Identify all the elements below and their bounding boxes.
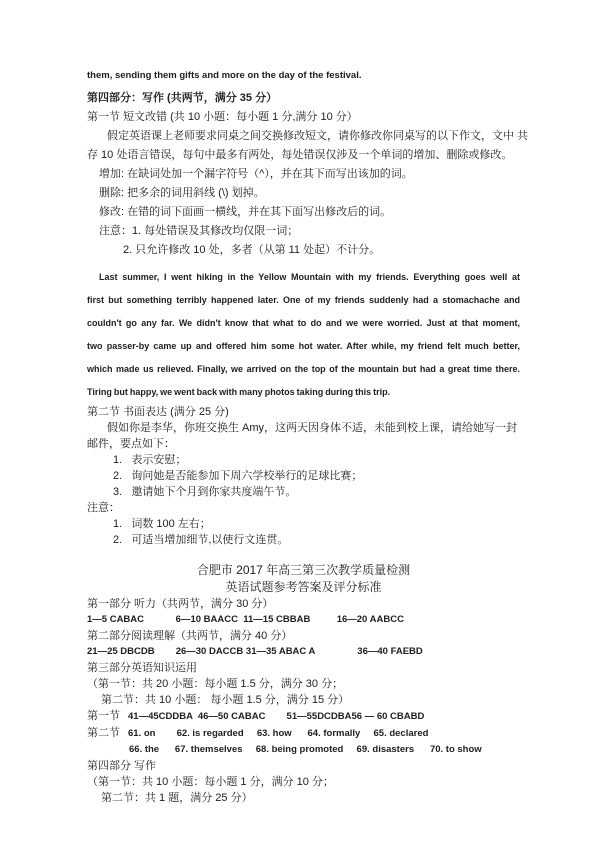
composition-intro-line1: 假如你是李华，你班交换生 Amy，这两天因身体不适，未能到校上课，请给她写一封	[87, 420, 520, 436]
passage-line: Last summer, I went hiking in the Yellow…	[87, 266, 520, 289]
key-part3-section2-answers-line2: 66. the 67. themselves 68. being promote…	[87, 742, 520, 758]
key-part2-heading: 第二部分阅读理解（共两节，满分 40 分）	[87, 628, 520, 644]
composition-notice-label: 注意：	[87, 500, 520, 516]
passage-line: two passer-by came up and offered him so…	[87, 335, 520, 358]
correction-notice-line1: 注意：1. 每处错误及其修改均仅限一词；	[87, 222, 520, 241]
key-part3-section1-answers: 41—45CDDBA 46—50 CABAC 51—55DCDBA56 — 60…	[128, 709, 424, 725]
answer-key-title: 合肥市 2017 年高三第三次教学质量检测	[87, 562, 520, 579]
composition-note-1: 1. 词数 100 左右；	[87, 516, 520, 532]
composition-note-2: 2. 可适当增加细节,以使行文连贯。	[87, 532, 520, 548]
correction-notice-line2: 2. 只允许修改 10 处，多者（从第 11 处起）不计分。	[87, 241, 520, 260]
key-part3-note1: （第一节：共 20 小题：每小题 1.5 分，满分 30 分；	[87, 676, 520, 692]
key-part4-note2: 第二节：共 1 题，满分 25 分）	[87, 790, 520, 806]
exam-document-page: them, sending them gifts and more on the…	[0, 0, 600, 806]
key-part3-section2-label: 第二节	[87, 725, 120, 741]
passage-line: first but something terribly happened la…	[87, 289, 520, 312]
composition-section-title: 第二节 书面表达 (满分 25 分)	[87, 404, 520, 420]
key-part3-section1-label: 第一节	[87, 708, 120, 724]
rule-modify-line: 修改: 在错的词下面画一横线，并在其下面写出修改后的词。	[87, 203, 520, 222]
key-part3-section1-row: 第一节 41—45CDDBA 46—50 CABAC 51—55DCDBA56 …	[87, 708, 520, 725]
key-part1-answers: 1—5 CABAC 6—10 BAACC 11—15 CBBAB 16—20 A…	[87, 612, 520, 628]
correction-section-title: 第一节 短文改错 (共 10 小题：每小题 1 分,满分 10 分）	[87, 108, 520, 127]
part4-writing-heading: 第四部分：写作 (共两节，满分 35 分）	[87, 89, 520, 108]
composition-point-1: 1. 表示安慰；	[87, 452, 520, 468]
composition-point-2: 2. 询问她是否能参加下周六学校举行的足球比赛；	[87, 468, 520, 484]
passage-line: Tiring but happy, we went back with many…	[87, 381, 520, 404]
key-part3-note2: 第二节：共 10 小题： 每小题 1.5 分，满分 15 分）	[87, 692, 520, 708]
key-part4-note1: （第一节：共 10 小题：每小题 1 分，满分 10 分；	[87, 774, 520, 790]
key-part1-heading: 第一部分 听力（共两节，满分 30 分）	[87, 596, 520, 612]
festival-sentence: them, sending them gifts and more on the…	[87, 66, 520, 85]
key-part4-heading: 第四部分 写作	[87, 758, 520, 774]
correction-intro-line2: 存 10 处语言错误，每句中最多有两处，每处错误仅涉及一个单词的增加、删除或修改…	[87, 146, 520, 165]
correction-intro-line1: 假定英语课上老师要求同桌之间交换修改短文，请你修改你同桌写的以下作文，文中 共	[87, 127, 520, 146]
key-part3-section2-answers: 61. on 62. is regarded 63. how 64. forma…	[128, 726, 428, 742]
passage-line: which made us relieved. Finally, we arri…	[87, 358, 520, 381]
key-part2-answers: 21—25 DBCDB 26—30 DACCB 31—35 ABAC A 36—…	[87, 644, 520, 660]
composition-intro-line2: 邮件，要点如下：	[87, 436, 520, 452]
rule-add-line: 增加: 在缺词处加一个漏字符号（^），并在其下而写出该加的词。	[87, 165, 520, 184]
answer-key-subtitle: 英语试题参考答案及评分标准	[87, 579, 520, 596]
composition-point-3: 3. 邀请她下个月到你家共度端午节。	[87, 484, 520, 500]
passage-line: couldn't go any far. We didn't know that…	[87, 312, 520, 335]
key-part3-heading: 第三部分英语知识运用	[87, 660, 520, 676]
answer-key-title-block: 合肥市 2017 年高三第三次教学质量检测 英语试题参考答案及评分标准	[87, 562, 520, 596]
key-part3-section2-row: 第二节 61. on 62. is regarded 63. how 64. f…	[87, 725, 520, 742]
rule-delete-line: 删除: 把多余的词用斜线 (\) 划掉。	[87, 184, 520, 203]
correction-passage: Last summer, I went hiking in the Yellow…	[87, 266, 520, 404]
